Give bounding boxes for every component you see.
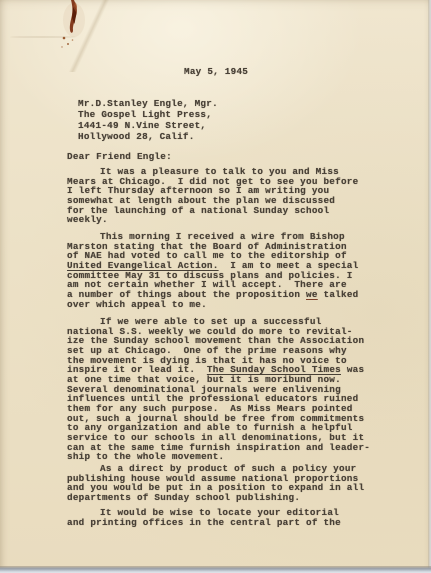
- paragraph: If we were able to set up a successful n…: [67, 317, 370, 462]
- paragraph: It was a pleasure to talk to you and Mis…: [67, 167, 358, 225]
- underlined-word: we: [306, 289, 318, 300]
- scanned-letter-page: May 5, 1945 Mr.D.Stanley Engle, Mgr. The…: [0, 0, 431, 573]
- date-line: May 5, 1945: [184, 66, 248, 77]
- paragraph: It would be wise to locate your editoria…: [67, 508, 341, 527]
- letter-line: ship to the whole movement.: [67, 452, 370, 462]
- paragraph: As a direct by product of such a policy …: [67, 464, 364, 503]
- recipient-address: Mr.D.Stanley Engle, Mgr. The Gospel Ligh…: [78, 99, 218, 143]
- recipient-city: Hollywood 28, Calif.: [78, 132, 218, 143]
- salutation: Dear Friend Engle:: [67, 151, 172, 162]
- paragraph: This morning I received a wire from Bish…: [67, 232, 358, 309]
- rust-stain: [52, 0, 100, 62]
- scan-edge-bottom: [0, 566, 431, 573]
- line-segment: talked: [318, 289, 359, 300]
- letter-line: and printing offices in the central part…: [67, 518, 341, 528]
- letter-line: departments of Sunday school publishing.: [67, 493, 364, 503]
- letter-line: weekly.: [67, 215, 358, 225]
- line-segment: was: [341, 364, 364, 375]
- letter-line: over which appeal to me.: [67, 300, 358, 310]
- letter-line: for the launching of a national Sunday s…: [67, 206, 358, 216]
